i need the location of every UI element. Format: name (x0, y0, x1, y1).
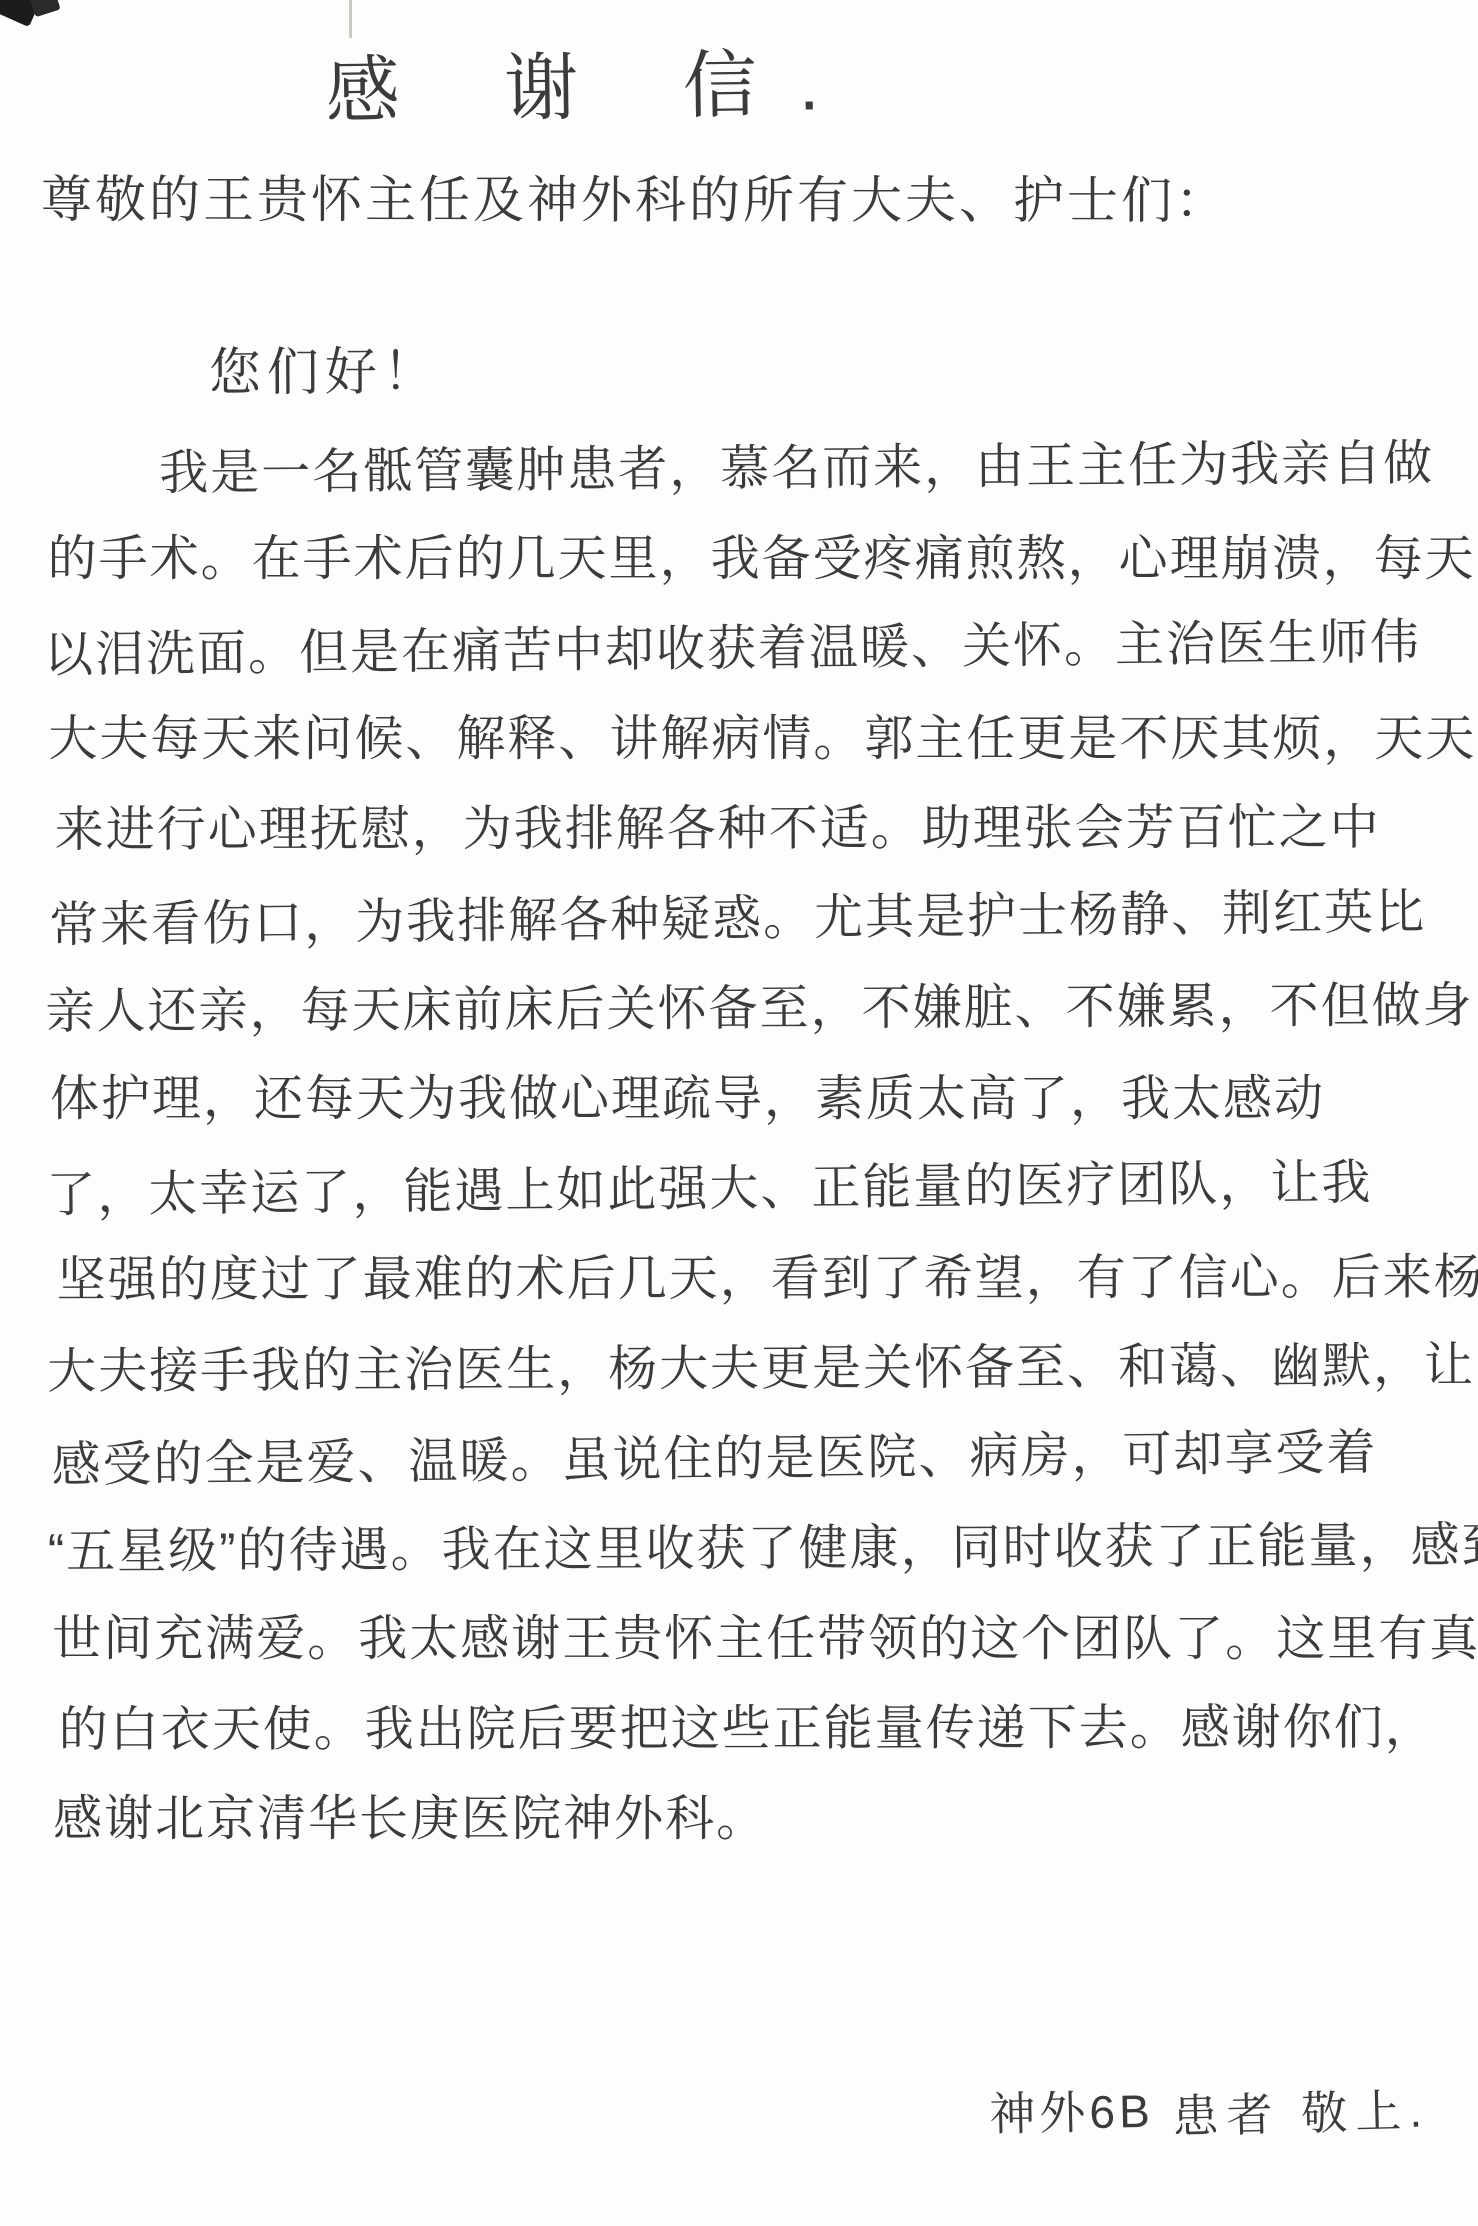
body-line: 体护理，还每天为我做心理疏导，素质太高了，我太感动 (0, 1054, 1478, 1144)
body-line: 坚强的度过了最难的术后几天，看到了希望，有了信心。后来杨峰 (1, 1233, 1478, 1326)
letter-greeting: 您们好！ (209, 329, 441, 405)
signature-ward: 神外6B (989, 2075, 1155, 2145)
body-line: 我是一名骶管囊肿患者，慕名而来，由王主任为我亲自做 (0, 418, 1476, 520)
letter-body: 我是一名骶管囊肿患者，慕名而来，由王主任为我亲自做 的手术。在手术后的几天里，我… (0, 421, 1478, 1867)
body-line: 亲人还亲，每天床前床后关怀备至，不嫌脏、不嫌累，不但做身 (0, 961, 1478, 1057)
body-line: 大夫接手我的主治医生，杨大夫更是关怀备至、和蔼、幽默，让患者 (1, 1321, 1478, 1417)
body-line: 来进行心理抚慰，为我排解各种不适。助理张会芳百忙之中 (0, 783, 1477, 876)
body-line: 以泪洗面。但是在痛苦中却收获着温暖、关怀。主治医生师伟 (0, 597, 1476, 701)
letter-salutation: 尊敬的王贵怀主任及神外科的所有大夫、护士们： (41, 158, 1229, 233)
scanned-letter-page: 感 谢 信. 尊敬的王贵怀主任及神外科的所有大夫、护士们： 您们好！ 我是一名骶… (0, 0, 1478, 2226)
body-line: 世间充满爱。我太感谢王贵怀主任带领的这个团队了。这里有真正 (2, 1594, 1478, 1684)
body-line: 常来看伤口，为我排解各种疑惑。尤其是护士杨静、荆红英比 (0, 867, 1478, 971)
body-line: 的手术。在手术后的几天里，我备受疼痛煎熬，心理崩溃，每天 (0, 514, 1476, 604)
body-line: “五星级”的待遇。我在这里收获了健康，同时收获了正能量，感到 (2, 1501, 1478, 1597)
letter-title: 感 谢 信. (325, 25, 862, 139)
body-line: 感受的全是爱、温暖。虽说住的是医院、病房，可却享受着 (1, 1407, 1478, 1511)
signature-signer: 患者 敬上. (1172, 2074, 1431, 2146)
body-line: 大夫每天来问候、解释、讲解病情。郭主任更是不厌其烦，天天 (0, 694, 1476, 784)
body-line: 了，太幸运了，能遇上如此强大、正能量的医疗团队，让我 (0, 1137, 1478, 1241)
letter-signature: 神外6B 患者 敬上. (4, 2075, 1478, 2191)
handwritten-letter: 感 谢 信. 尊敬的王贵怀主任及神外科的所有大夫、护士们： 您们好！ 我是一名骶… (0, 0, 1478, 2226)
body-line: 感谢北京清华长庚医院神外科。 (3, 1774, 1478, 1864)
body-line: 的白衣天使。我出院后要把这些正能量传递下去。感谢你们， (3, 1683, 1478, 1776)
